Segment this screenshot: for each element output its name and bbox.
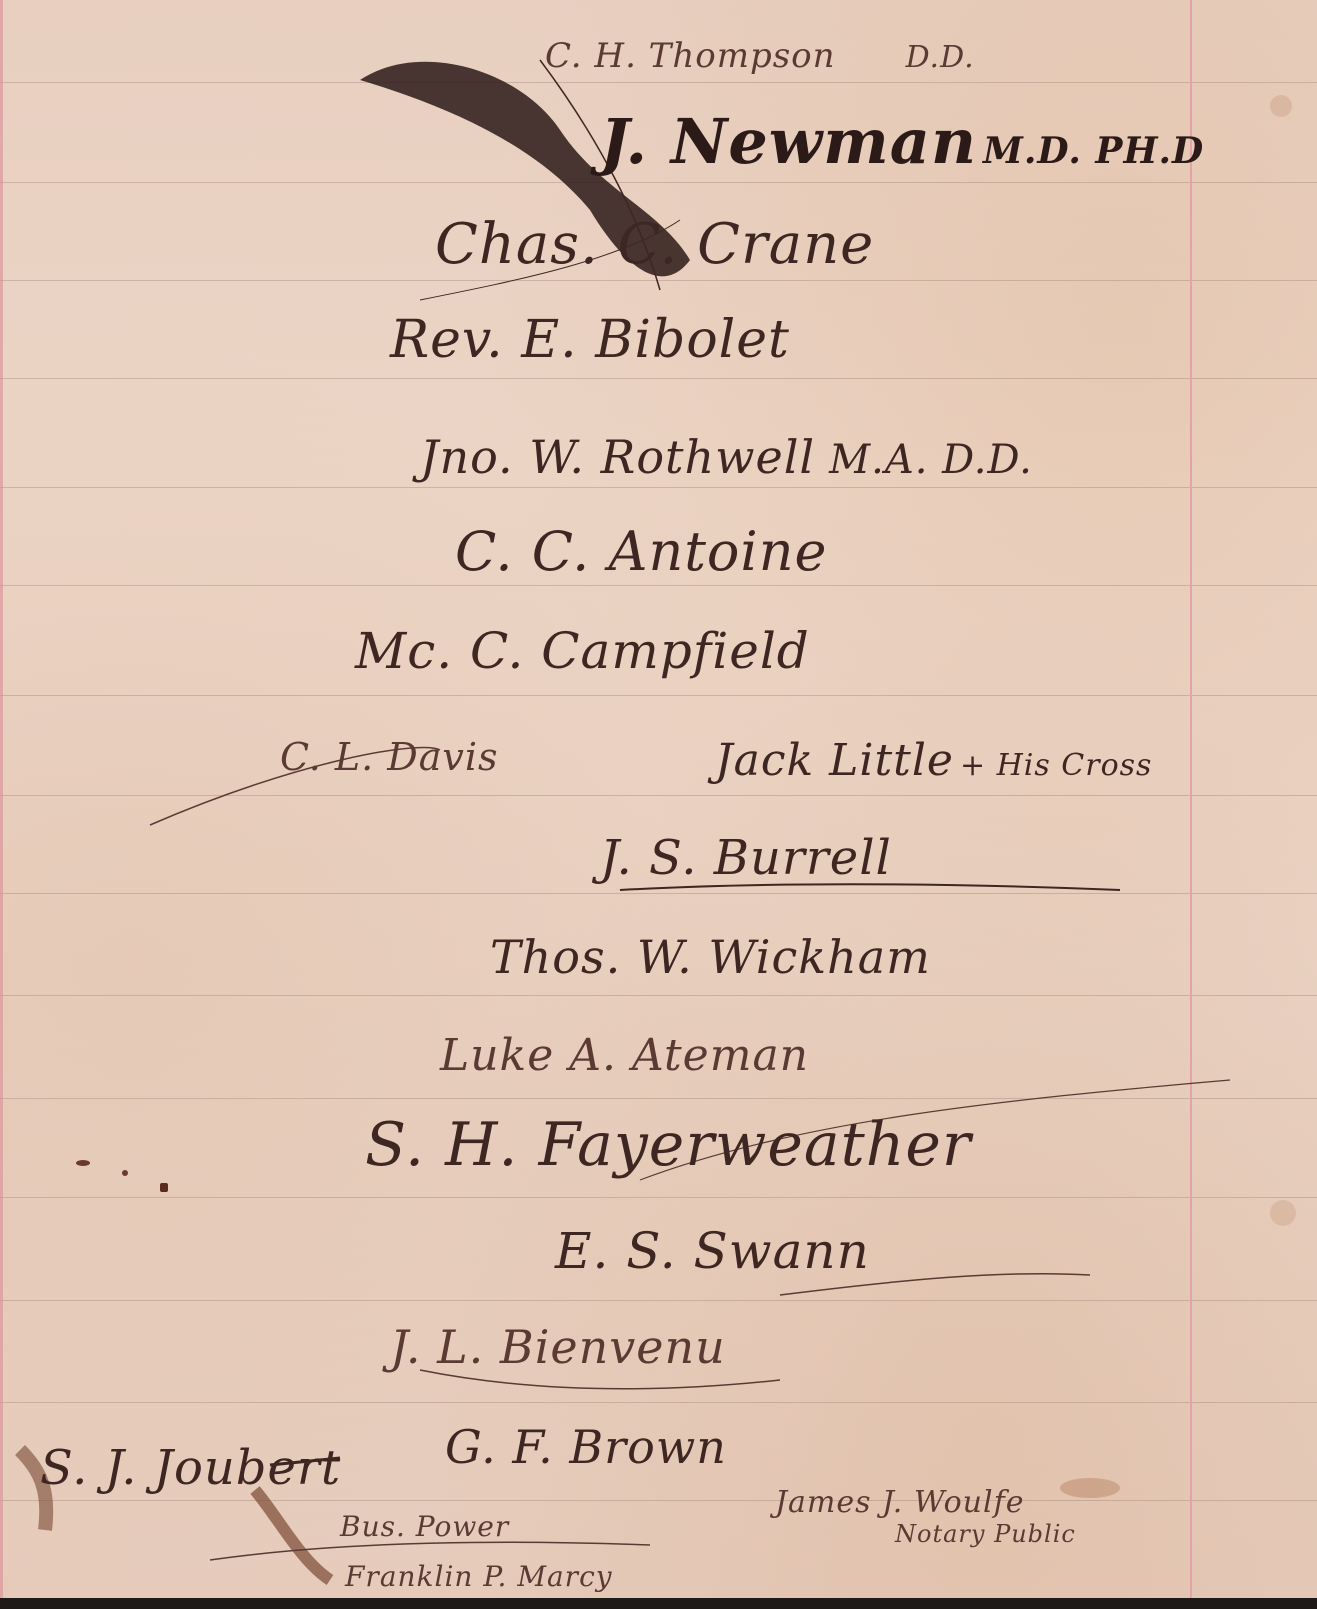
signature-j-newman: J. NewmanM.D. PH.D <box>600 105 1204 178</box>
signature-name: C. L. Davis <box>280 735 499 779</box>
ruled-line <box>0 1402 1317 1403</box>
signature-name: S. J. Joubert <box>40 1440 341 1496</box>
ruled-line <box>0 280 1317 281</box>
signature-thos-w-wickham: Thos. W. Wickham <box>490 930 931 984</box>
signature-luke-a-ateman: Luke A. Ateman <box>440 1030 809 1081</box>
signature-name: J. S. Burrell <box>600 830 892 886</box>
ruled-line <box>0 585 1317 586</box>
signature-james-j-woulfe: James J. Woulfe <box>775 1485 1024 1520</box>
signature-name: C. C. Antoine <box>455 520 827 583</box>
signature-suffix: D.D. <box>906 40 975 75</box>
signature-notary-public: Notary Public <box>895 1520 1076 1548</box>
signature-title: Notary Public <box>895 1520 1076 1548</box>
signature-c-l-davis: C. L. Davis <box>280 735 499 779</box>
page-edge <box>0 0 3 1598</box>
signature-franklin-p-marcy: Franklin P. Marcy <box>345 1560 613 1593</box>
ruled-line <box>0 1300 1317 1301</box>
signature-suffix: M.A. D.D. <box>829 437 1033 483</box>
signature-bus-power: Bus. Power <box>340 1510 509 1543</box>
ink-stain <box>1270 95 1292 117</box>
ruled-line <box>0 795 1317 796</box>
ruled-line <box>0 695 1317 696</box>
ink-blot <box>160 1183 168 1192</box>
signature-name: S. H. Fayerweather <box>365 1110 972 1180</box>
signature-rev-e-bibolet: Rev. E. Bibolet <box>390 310 790 370</box>
signature-name: Jno. W. Rothwell <box>420 430 815 484</box>
ink-stain <box>1060 1478 1120 1498</box>
signature-name: Thos. W. Wickham <box>490 930 931 984</box>
ink-blot <box>122 1170 128 1176</box>
ruled-line <box>0 82 1317 83</box>
signature-mc-c-campfield: Mc. C. Campfield <box>355 622 810 680</box>
signature-name: E. S. Swann <box>555 1222 870 1280</box>
ruled-line <box>0 487 1317 488</box>
signature-j-l-bienvenu: J. L. Bienvenu <box>390 1320 726 1374</box>
signature-name: Mc. C. Campfield <box>355 622 810 680</box>
signature-e-s-swann: E. S. Swann <box>555 1222 870 1280</box>
signature-name: James J. Woulfe <box>775 1485 1024 1520</box>
signature-name: C. H. Thompson <box>545 36 836 76</box>
signature-name: J. L. Bienvenu <box>390 1320 726 1374</box>
signature-suffix: M.D. PH.D <box>983 130 1204 172</box>
signature-name: Chas. C. Crane <box>435 212 874 277</box>
signature-jack-little: Jack Little+ His Cross <box>715 735 1152 786</box>
ruled-line <box>0 182 1317 183</box>
signature-name: Jack Little <box>715 735 954 786</box>
signature-chas-c-crane: Chas. C. Crane <box>435 212 874 277</box>
ruled-line <box>0 1500 1317 1501</box>
ruled-line <box>0 378 1317 379</box>
signature-name: Bus. Power <box>340 1510 509 1543</box>
margin-line <box>1190 0 1192 1598</box>
signature-name: G. F. Brown <box>445 1420 727 1474</box>
signature-jno-w-rothwell: Jno. W. RothwellM.A. D.D. <box>420 430 1033 484</box>
ruled-line <box>0 893 1317 894</box>
background-edge <box>0 1598 1317 1609</box>
signature-s-j-joubert: S. J. Joubert <box>40 1440 341 1496</box>
signature-name: Franklin P. Marcy <box>345 1560 613 1593</box>
ruled-line <box>0 995 1317 996</box>
signature-g-f-brown: G. F. Brown <box>445 1420 727 1474</box>
ruled-line <box>0 1197 1317 1198</box>
signature-name: Luke A. Ateman <box>440 1030 809 1081</box>
ruled-line <box>0 1098 1317 1099</box>
signature-mark: + His Cross <box>960 748 1153 783</box>
signature-c-c-antoine: C. C. Antoine <box>455 520 827 583</box>
register-page: C. H. ThompsonD.D. J. NewmanM.D. PH.D Ch… <box>0 0 1317 1598</box>
signature-s-h-fayerweather: S. H. Fayerweather <box>365 1110 972 1180</box>
ink-stain <box>1270 1200 1296 1226</box>
signature-j-s-burrell: J. S. Burrell <box>600 830 892 886</box>
ink-blot <box>76 1160 90 1166</box>
signature-c-h-thompson: C. H. ThompsonD.D. <box>545 36 975 76</box>
signature-name: Rev. E. Bibolet <box>390 310 790 370</box>
signature-name: J. Newman <box>600 105 977 178</box>
